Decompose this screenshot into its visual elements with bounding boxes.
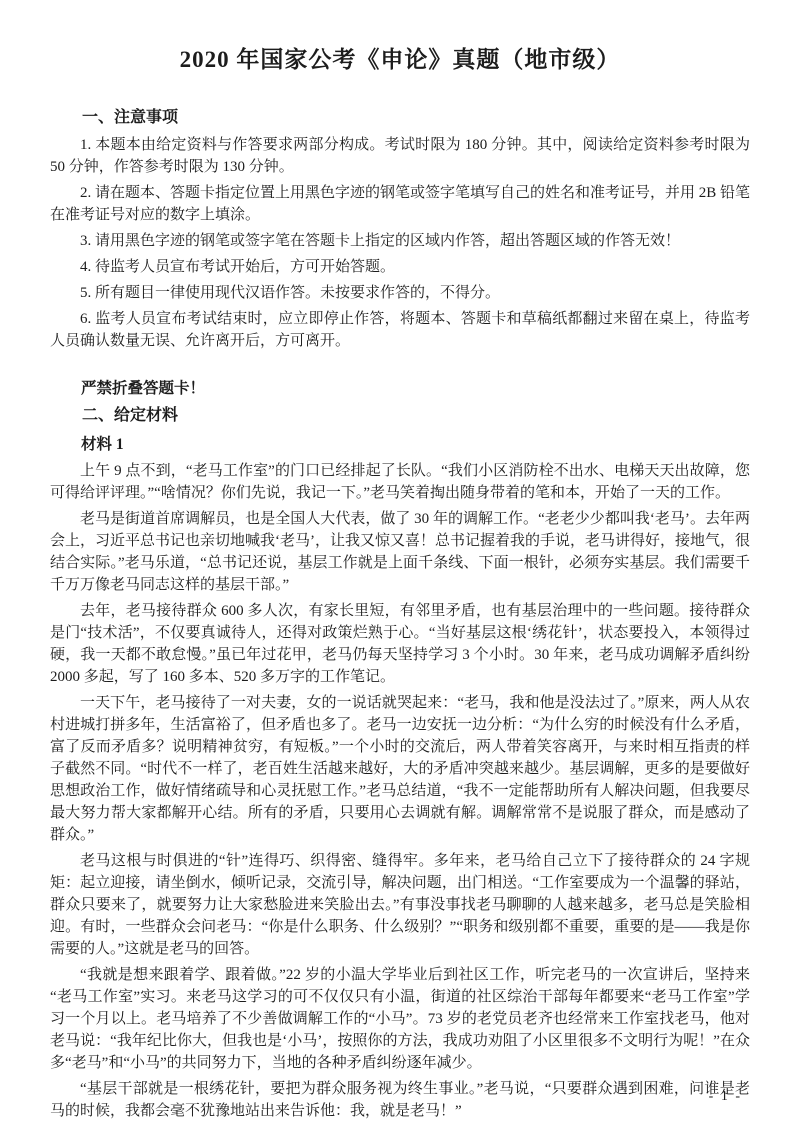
notice-section-heading: 一、注意事项 [50, 106, 750, 130]
exam-paper-page: 2020 年国家公考《申论》真题（地市级） 一、注意事项 1. 本题本由给定资料… [0, 0, 800, 1131]
notice-item-6: 6. 监考人员宣布考试结束时，应立即停止作答，将题本、答题卡和草稿纸都翻过来留在… [50, 308, 750, 352]
material-paragraph-2: 老马是街道首席调解员，也是全国人大代表，做了 30 年的调解工作。“老老少少都叫… [50, 508, 750, 596]
materials-section-heading: 二、给定材料 [50, 404, 750, 428]
material-paragraph-6: “我就是想来跟着学、跟着做。”22 岁的小温大学毕业后到社区工作，听完老马的一次… [50, 964, 750, 1074]
notice-section: 一、注意事项 1. 本题本由给定资料与作答要求两部分构成。考试时限为 180 分… [50, 106, 750, 400]
no-fold-warning: 严禁折叠答题卡！ [50, 378, 750, 400]
page-number: - 1 - [709, 1089, 742, 1105]
material-paragraph-7: “基层干部就是一根绣花针，要把为群众服务视为终生事业。”老马说，“只要群众遇到困… [50, 1078, 750, 1122]
notice-item-4: 4. 待监考人员宣布考试开始后，方可开始答题。 [50, 256, 750, 278]
material-paragraph-4: 一天下午，老马接待了一对夫妻，女的一说话就哭起来：“老马，我和他是没法过了。”原… [50, 692, 750, 846]
document-title: 2020 年国家公考《申论》真题（地市级） [50, 44, 750, 76]
material-paragraph-5: 老马这根与时俱进的“针”连得巧、织得密、缝得牢。多年来，老马给自己立下了接待群众… [50, 850, 750, 960]
notice-item-3: 3. 请用黑色字迹的钢笔或签字笔在答题卡上指定的区域内作答，超出答题区域的作答无… [50, 230, 750, 252]
materials-section: 二、给定材料 材料 1 上午 9 点不到，“老马工作室”的门口已经排起了长队。“… [50, 404, 750, 1122]
notice-item-2: 2. 请在题本、答题卡指定位置上用黑色字迹的钢笔或签字笔填写自己的姓名和准考证号… [50, 182, 750, 226]
notice-item-1: 1. 本题本由给定资料与作答要求两部分构成。考试时限为 180 分钟。其中，阅读… [50, 134, 750, 178]
material-1-heading: 材料 1 [50, 433, 750, 456]
material-paragraph-1: 上午 9 点不到，“老马工作室”的门口已经排起了长队。“我们小区消防栓不出水、电… [50, 460, 750, 504]
notice-item-5: 5. 所有题目一律使用现代汉语作答。未按要求作答的，不得分。 [50, 282, 750, 304]
material-paragraph-3: 去年，老马接待群众 600 多人次，有家长里短，有邻里矛盾，也有基层治理中的一些… [50, 600, 750, 688]
